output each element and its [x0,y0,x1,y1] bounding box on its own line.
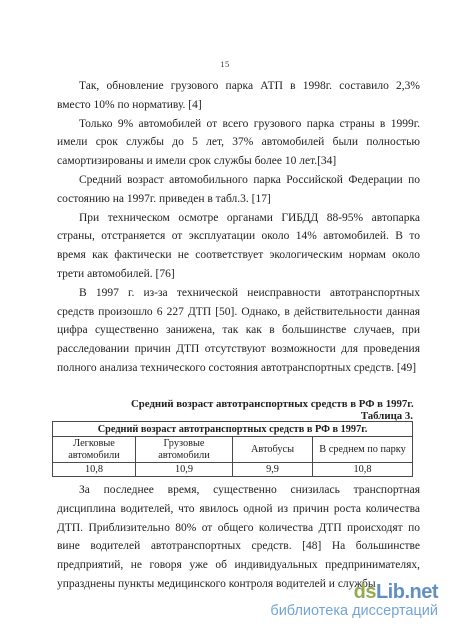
dslib-subtitle: библиотека диссертаций [270,604,438,619]
paragraph: При техническом осмотре органами ГИБДД 8… [57,209,420,284]
column-header-buses: Автобусы [233,437,313,463]
dslib-watermark: dsLib.net библиотека диссертаций [270,582,438,619]
vehicle-age-table: Средний возраст автотранспортных средств… [52,421,413,477]
value-buses: 9,9 [233,463,313,477]
column-header-cars: Легковые автомобили [53,437,136,463]
paragraph: Так, обновление грузового парка АТП в 19… [57,77,420,115]
page-number: 15 [0,59,450,69]
table-merged-header: Средний возраст автотранспортных средств… [53,422,413,437]
text-block-lower: За последнее время, существенно снизилас… [57,481,420,594]
text-block-upper: Так, обновление грузового парка АТП в 19… [57,77,420,378]
document-page: 15 Так, обновление грузового парка АТП в… [0,0,450,636]
paragraph: За последнее время, существенно снизилас… [57,481,420,594]
paragraph: В 1997 г. из-за технической неисправност… [57,284,420,378]
table-header-row: Средний возраст автотранспортных средств… [53,422,413,437]
column-header-average: В среднем по парку [313,437,413,463]
table-column-header-row: Легковые автомобили Грузовые автомобили … [53,437,413,463]
value-cars: 10,8 [53,463,136,477]
column-header-trucks: Грузовые автомобили [136,437,233,463]
paragraph: Только 9% автомобилей от всего грузового… [57,115,420,171]
logo-libnet-part: Lib.net [376,581,438,603]
dslib-logo: dsLib.net [270,582,438,603]
value-average: 10,8 [313,463,413,477]
table-values-row: 10,8 10,9 9,9 10,8 [53,463,413,477]
value-trucks: 10,9 [136,463,233,477]
logo-ds-part: ds [354,581,376,603]
table-caption: Средний возраст автотранспортных средств… [131,398,414,410]
paragraph: Средний возраст автомобильного парка Рос… [57,171,420,209]
